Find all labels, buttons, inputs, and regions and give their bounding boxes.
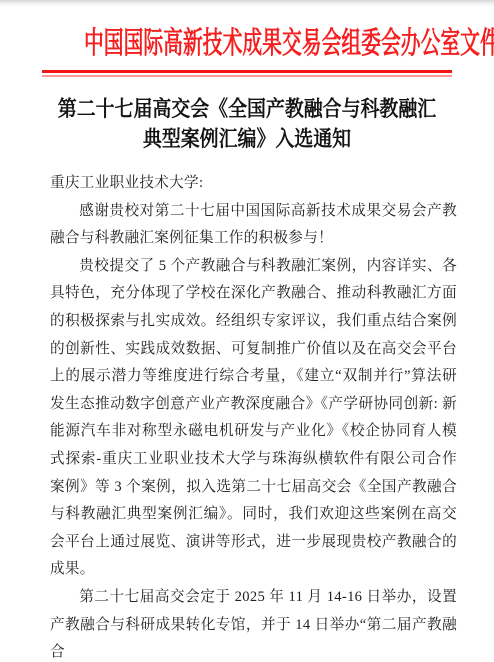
red-rule-thick-line (42, 70, 452, 73)
document-title-line2: 典型案例汇编》入选通知 (30, 124, 465, 154)
document-page: 中国国际高新技术成果交易会组委会办公室文件 第二十七届高交会《全国产教融合与科教… (0, 0, 494, 662)
paragraph-case-selection: 贵校提交了 5 个产教融合与科教融汇案例，内容详实、各具特色，充分体现了学校在深… (50, 253, 457, 584)
document-title: 第二十七届高交会《全国产教融合与科教融汇 典型案例汇编》入选通知 (30, 94, 465, 154)
paragraph-event-schedule: 第二十七届高交会定于 2025 年 11 月 14-16 日举办，设置产教融合与… (50, 584, 457, 662)
red-rule-thin-line (42, 75, 452, 77)
issuing-org-banner: 中国国际高新技术成果交易会组委会办公室文件 (84, 25, 410, 63)
red-double-rule (42, 70, 452, 77)
document-title-line1: 第二十七届高交会《全国产教融合与科教融汇 (30, 94, 465, 124)
paragraph-thanks: 感谢贵校对第二十七届中国国际高新技术成果交易会产教融合与科教融汇案例征集工作的积… (50, 198, 457, 253)
page-top-shadow (0, 0, 494, 7)
document-body: 重庆工业职业技术大学: 感谢贵校对第二十七届中国国际高新技术成果交易会产教融合与… (50, 170, 457, 662)
salutation: 重庆工业职业技术大学: (50, 170, 457, 198)
